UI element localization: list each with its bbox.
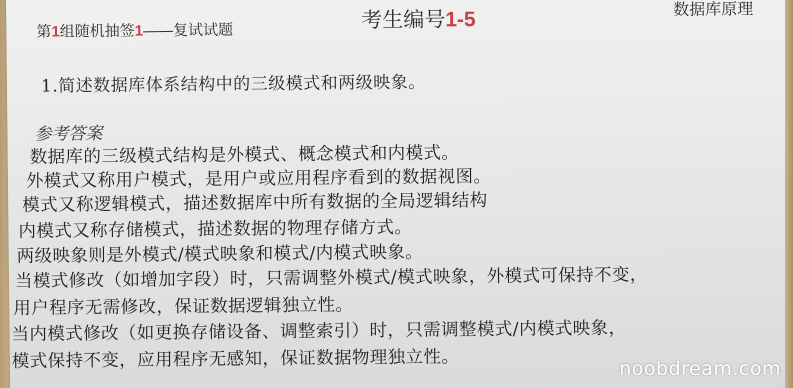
exam-group-label: 第1组随机抽签1——复试试题 — [36, 19, 233, 42]
candidate-number-label: 考生编号 — [361, 8, 445, 32]
lottery-number: 1 — [135, 23, 144, 40]
lottery-label: 组随机抽签 — [60, 23, 135, 41]
candidate-number-value: 1-5 — [445, 8, 476, 31]
subject-title: 数据库原理 — [673, 0, 753, 20]
exam-type-label: ——复试试题 — [143, 22, 233, 40]
question-text: 1.简述数据库体系结构中的三级模式和两级映象。 — [41, 68, 426, 97]
answer-line: 模式又称逻辑模式，描述数据库中所有数据的全局逻辑结构 — [22, 187, 488, 217]
answer-line: 当模式修改（如增加字段）时，只需调整外模式/模式映象，外模式可保持不变， — [15, 261, 648, 293]
exam-paper: 第1组随机抽签1——复试试题 考生编号1-5 数据库原理 1.简述数据库体系结构… — [6, 0, 792, 388]
answer-line: 用户程序无需修改，保证数据逻辑独立性。 — [13, 291, 353, 320]
watermark: noobdream.com — [619, 358, 781, 380]
group-prefix: 第 — [36, 24, 51, 41]
desk-background-right — [785, 0, 793, 388]
answer-line: 模式保持不变，应用程序无感知，保证数据物理独立性。 — [12, 343, 460, 373]
answer-line: 当内模式修改（如更换存储设备、调整索引）时，只需调整模式/内模式映象， — [11, 315, 626, 346]
candidate-number: 考生编号1-5 — [361, 3, 476, 34]
answer-heading: 参考答案 — [34, 119, 102, 145]
